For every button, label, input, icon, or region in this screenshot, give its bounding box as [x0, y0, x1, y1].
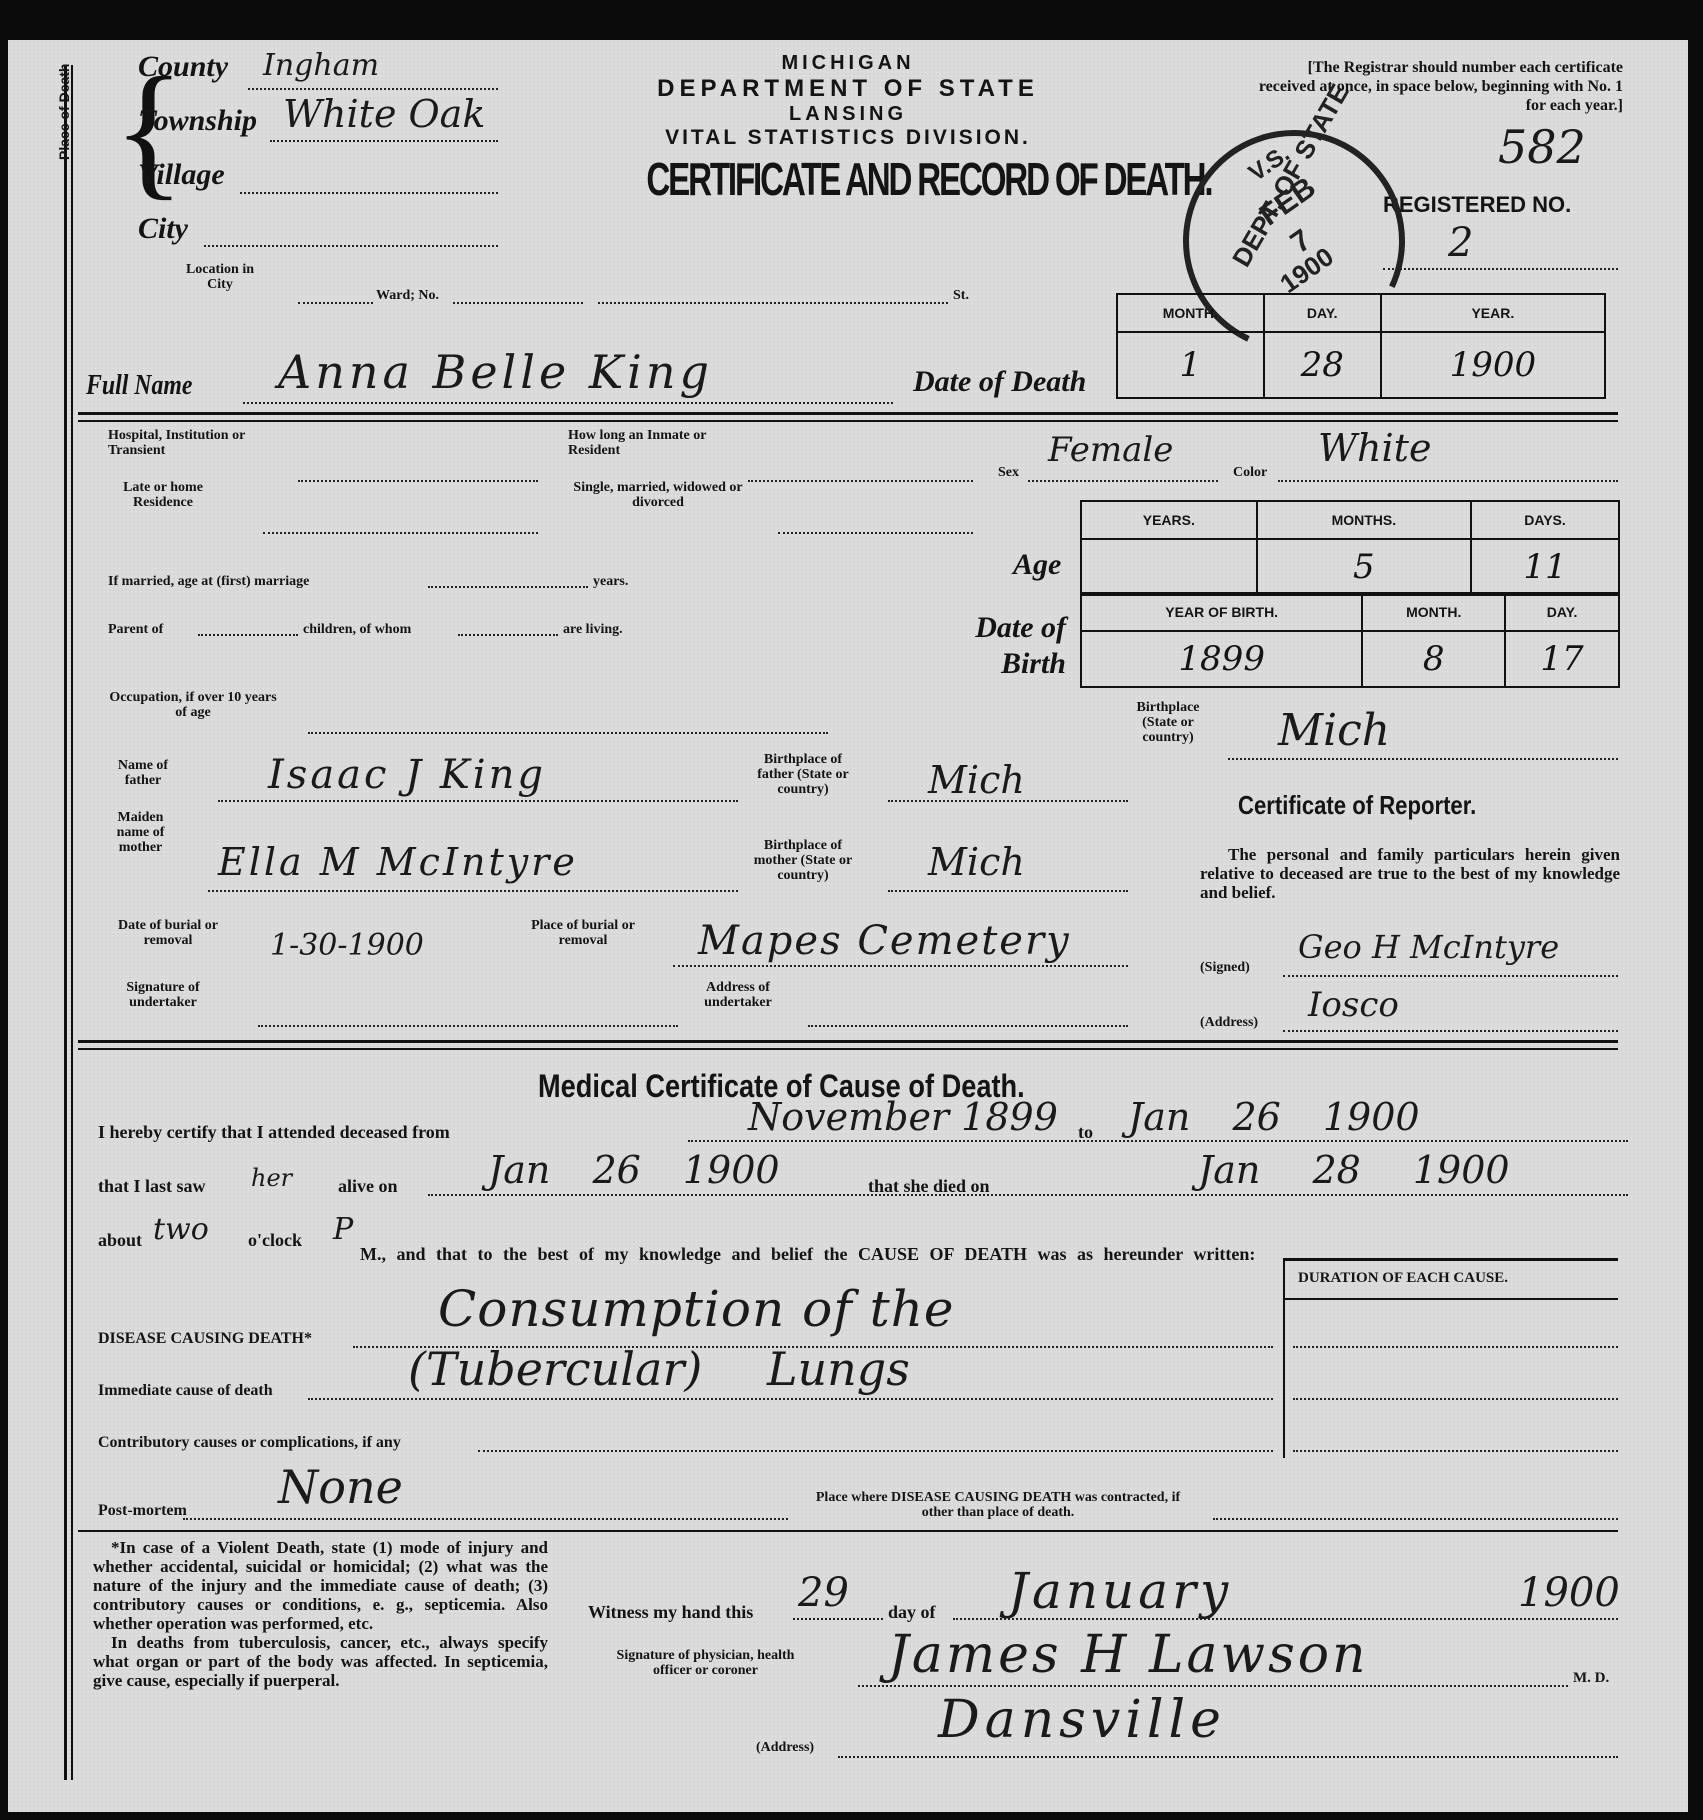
place-contracted-line: [1213, 1518, 1618, 1520]
rule-before-medical: [78, 1040, 1618, 1043]
burial-place-value: Mapes Cemetery: [698, 918, 1071, 964]
father-label: Name of father: [108, 758, 178, 788]
township-value: White Oak: [283, 92, 485, 136]
place-of-death-side-label: Place of Death: [56, 40, 72, 160]
physician-sig-line: [858, 1685, 1568, 1687]
file-number: 582: [1498, 120, 1586, 174]
registered-no-value: 2: [1448, 220, 1473, 266]
alive-on-label: alive on: [338, 1176, 398, 1197]
sex-value: Female: [1048, 430, 1173, 470]
birthplace-value: Mich: [1278, 705, 1390, 756]
alive-on-line: [428, 1194, 1628, 1196]
father-birthplace-label: Birthplace of father (State or country): [748, 752, 858, 797]
undertaker-sig-line: [258, 1025, 678, 1027]
header-department: DEPARTMENT OF STATE: [568, 75, 1128, 103]
age-years-value: [1081, 539, 1257, 595]
dob-day-value: 17: [1505, 631, 1619, 687]
footnote-violent-death: *In case of a Violent Death, state (1) m…: [93, 1538, 548, 1633]
full-name-label: Full Name: [86, 370, 192, 402]
date-of-death-table: MONTH. DAY. YEAR. 1 28 1900: [1116, 293, 1606, 399]
footnote-text: *In case of a Violent Death, state (1) m…: [93, 1538, 548, 1690]
undertaker-addr-line: [808, 1025, 1128, 1027]
last-saw-label: that I last saw: [98, 1176, 206, 1197]
dod-year-header: YEAR.: [1381, 294, 1605, 332]
father-line: [218, 800, 738, 802]
physician-sig-value: James H Lawson: [888, 1625, 1369, 1685]
registered-no-label: REGISTERED NO.: [1383, 192, 1571, 218]
st-label: St.: [953, 288, 969, 303]
parent-of-label: Parent of: [108, 622, 163, 637]
sex-line: [1028, 480, 1218, 482]
postmortem-line: [183, 1518, 788, 1520]
mother-birthplace-label: Birthplace of mother (State or country): [748, 838, 858, 883]
father-birthplace-value: Mich: [928, 758, 1025, 802]
age-table: YEARS. MONTHS. DAYS. 5 11: [1080, 500, 1620, 596]
left-border-rule-inner: [71, 65, 73, 1780]
dob-month-header: MONTH.: [1362, 593, 1505, 631]
sex-label: Sex: [998, 465, 1019, 480]
dod-day-value: 28: [1264, 332, 1381, 398]
age-months-header: MONTHS.: [1257, 501, 1472, 539]
mother-value: Ella M McIntyre: [218, 840, 578, 884]
living-count-line: [458, 634, 558, 636]
burial-date-value: 1-30-1900: [270, 928, 424, 963]
residence-line: [263, 532, 538, 534]
village-label: Village: [138, 158, 225, 192]
immediate-label: Immediate cause of death: [98, 1382, 273, 1400]
full-name-line: [243, 402, 893, 404]
undertaker-sig-label: Signature of undertaker: [108, 980, 218, 1010]
pronoun-value: her: [251, 1164, 292, 1192]
witness-month-value: January: [1008, 1562, 1232, 1620]
township-label: Township: [138, 104, 257, 138]
age-label: Age: [1013, 548, 1061, 582]
hour-value: two: [153, 1212, 209, 1247]
marital-line: [778, 532, 973, 534]
mother-label: Maiden name of mother: [108, 810, 173, 855]
children-label: children, of whom: [303, 622, 411, 637]
witness-day-line: [793, 1618, 883, 1620]
died-on-label: that she died on: [868, 1176, 990, 1197]
meridiem-value: P: [333, 1212, 353, 1247]
marriage-age-label: If married, age at (first) marriage: [108, 574, 309, 589]
dod-day-header: DAY.: [1264, 294, 1381, 332]
witness-day-of-label: day of: [888, 1602, 936, 1623]
place-contracted-label: Place where DISEASE CAUSING DEATH was co…: [808, 1490, 1188, 1520]
hospital-line: [298, 480, 538, 482]
immediate-line: [308, 1398, 1273, 1400]
city-line: [204, 245, 498, 247]
rule-after-name: [78, 412, 1618, 415]
died-on-value: Jan 28 1900: [1198, 1148, 1510, 1192]
occupation-label: Occupation, if over 10 years of age: [108, 690, 278, 720]
reporter-address-label: (Address): [1200, 1015, 1258, 1030]
county-label: County: [138, 50, 228, 84]
header-division: VITAL STATISTICS DIVISION.: [568, 126, 1128, 150]
children-count-line: [198, 634, 298, 636]
duration-top-rule: [1283, 1258, 1618, 1261]
reporter-address-line: [1283, 1030, 1618, 1032]
how-long-label: How long an Inmate or Resident: [568, 428, 718, 458]
header-block: MICHIGAN DEPARTMENT OF STATE LANSING VIT…: [568, 52, 1128, 206]
burial-place-label: Place of burial or removal: [523, 918, 643, 948]
attended-to-label: to: [1078, 1122, 1093, 1143]
about-label: about: [98, 1230, 142, 1251]
dod-month-value: 1: [1117, 332, 1264, 398]
county-value: Ingham: [263, 48, 379, 83]
immediate-value: (Tubercular) Lungs: [408, 1342, 910, 1396]
location-label: Location in City: [180, 262, 260, 292]
marital-label: Single, married, widowed or divorced: [568, 480, 748, 510]
md-label: M. D.: [1573, 1670, 1609, 1687]
attended-label: I hereby certify that I attended decease…: [98, 1122, 450, 1143]
dob-label: Date of Birth: [946, 610, 1066, 682]
reporter-signed-value: Geo H McIntyre: [1298, 928, 1559, 966]
rule-before-footnote: [78, 1530, 1618, 1532]
postmortem-label: Post-mortem: [98, 1502, 187, 1520]
age-days-value: 11: [1471, 539, 1619, 595]
dod-year-value: 1900: [1381, 332, 1605, 398]
hospital-label: Hospital, Institution or Transient: [108, 428, 258, 458]
full-name-value: Anna Belle King: [278, 345, 713, 399]
undertaker-addr-label: Address of undertaker: [688, 980, 788, 1010]
physician-address-value: Dansville: [938, 1690, 1226, 1750]
duration-line-1: [1293, 1346, 1618, 1348]
reporter-signed-line: [1283, 975, 1618, 977]
attended-to-value: Jan 26 1900: [1128, 1095, 1420, 1139]
physician-address-line: [838, 1756, 1618, 1758]
reporter-address-value: Iosco: [1308, 985, 1399, 1025]
duration-left-rule: [1283, 1258, 1285, 1458]
physician-sig-label: Signature of physician, health officer o…: [598, 1648, 813, 1678]
alive-on-value: Jan 26 1900: [488, 1148, 780, 1192]
duration-line-3: [1293, 1450, 1618, 1452]
postmortem-value: None: [278, 1460, 403, 1514]
duration-header-rule: [1283, 1298, 1618, 1300]
certificate-page: Place of Death { County Ingham Township …: [8, 40, 1688, 1812]
burial-date-label: Date of burial or removal: [108, 918, 228, 948]
footnote-tuberculosis: In deaths from tuberculosis, cancer, etc…: [93, 1633, 548, 1690]
dob-day-header: DAY.: [1505, 593, 1619, 631]
rule-after-name-2: [78, 420, 1618, 422]
age-months-value: 5: [1257, 539, 1472, 595]
physician-address-label: (Address): [756, 1740, 814, 1755]
witness-label: Witness my hand this: [588, 1602, 753, 1623]
dod-month-header: MONTH.: [1117, 294, 1264, 332]
how-long-line: [748, 480, 973, 482]
attended-from-line: [688, 1140, 1628, 1142]
witness-day-value: 29: [798, 1570, 849, 1616]
dob-table: YEAR OF BIRTH. MONTH. DAY. 1899 8 17: [1080, 592, 1620, 688]
township-line: [270, 140, 498, 142]
color-line: [1278, 480, 1618, 482]
page-title: CERTIFICATE AND RECORD OF DEATH.: [646, 152, 1049, 206]
duration-line-2: [1293, 1398, 1618, 1400]
dob-month-value: 8: [1362, 631, 1505, 687]
occupation-line: [308, 732, 828, 734]
duration-header: DURATION OF EACH CAUSE.: [1298, 1270, 1508, 1287]
contributory-label: Contributory causes or complications, if…: [98, 1434, 401, 1452]
reporter-signed-label: (Signed): [1200, 960, 1250, 975]
reporter-title: Certificate of Reporter.: [1238, 790, 1476, 821]
mother-birthplace-line: [888, 890, 1128, 892]
disease-label: DISEASE CAUSING DEATH*: [98, 1330, 312, 1348]
disease-value: Consumption of the: [438, 1280, 955, 1338]
left-border-rule: [64, 65, 67, 1780]
date-of-death-label: Date of Death: [913, 365, 1086, 399]
dob-year-header: YEAR OF BIRTH.: [1081, 593, 1362, 631]
marriage-age-line: [428, 586, 588, 588]
father-value: Isaac J King: [268, 752, 546, 798]
oclock-label: o'clock: [248, 1230, 302, 1251]
mother-line: [208, 890, 738, 892]
village-line: [240, 192, 498, 194]
mother-birthplace-value: Mich: [928, 840, 1025, 884]
burial-place-line: [673, 965, 1128, 967]
ward-line: [298, 302, 373, 304]
rule-before-medical-2: [78, 1048, 1618, 1050]
ward-label: Ward; No.: [376, 288, 439, 303]
city-label: City: [138, 212, 188, 246]
street-line: [598, 302, 948, 304]
marriage-years-label: years.: [593, 574, 628, 589]
color-value: White: [1318, 426, 1431, 470]
registered-no-line: [1383, 268, 1618, 270]
contributory-line: [478, 1450, 1273, 1452]
birthplace-label: Birthplace (State or country): [1123, 700, 1213, 745]
county-line: [248, 88, 498, 90]
attended-from-value: November 1899: [748, 1095, 1058, 1139]
living-label: are living.: [563, 622, 623, 637]
header-state: MICHIGAN: [568, 52, 1128, 75]
age-days-header: DAYS.: [1471, 501, 1619, 539]
residence-label: Late or home Residence: [108, 480, 218, 510]
no-line: [453, 302, 583, 304]
reporter-statement: The personal and family particulars here…: [1200, 845, 1620, 902]
dob-year-value: 1899: [1081, 631, 1362, 687]
header-city: LANSING: [568, 103, 1128, 126]
age-years-header: YEARS.: [1081, 501, 1257, 539]
color-label: Color: [1233, 465, 1267, 480]
birthplace-line: [1228, 758, 1618, 760]
witness-year-value: 1900: [1518, 1570, 1620, 1616]
